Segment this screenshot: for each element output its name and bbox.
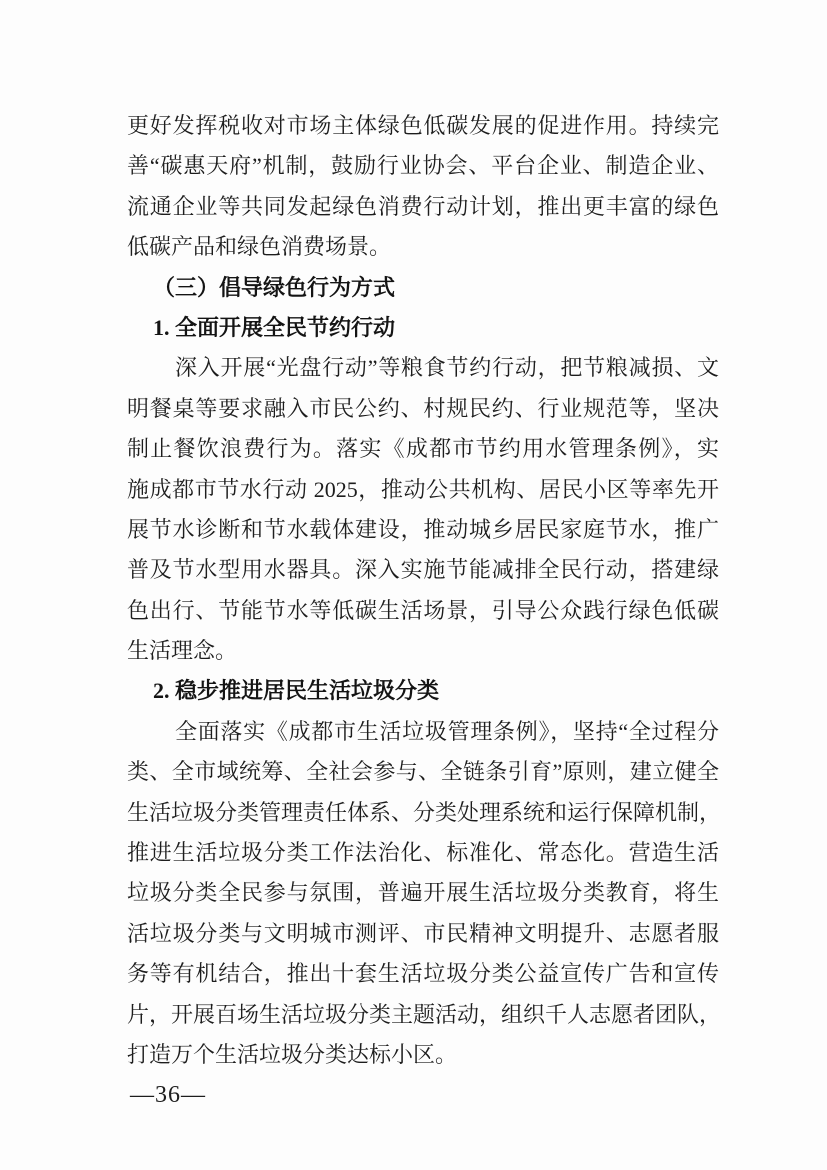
paragraph-line: 垃圾分类全民参与氛围，普遍开展生活垃圾分类教育，将生: [127, 873, 719, 913]
paragraph-line: 生活理念。: [127, 631, 719, 671]
paragraph-line: 推进生活垃圾分类工作法治化、标准化、常态化。营造生活: [127, 833, 719, 873]
paragraph-line: 更好发挥税收对市场主体绿色低碳发展的促进作用。持续完: [127, 106, 719, 146]
paragraph-line: 明餐桌等要求融入市民公约、村规民约、行业规范等，坚决: [127, 389, 719, 429]
paragraph-line: 制止餐饮浪费行为。落实《成都市节约用水管理条例》，实: [127, 429, 719, 469]
document-body: 更好发挥税收对市场主体绿色低碳发展的促进作用。持续完善“碳惠天府”机制，鼓励行业…: [127, 106, 719, 1075]
heading-level2-line: 2. 稳步推进居民生活垃圾分类: [127, 671, 719, 711]
paragraph-line: 务等有机结合，推出十套生活垃圾分类公益宣传广告和宣传: [127, 954, 719, 994]
paragraph-line: 深入开展“光盘行动”等粮食节约行动，把节粮减损、文: [127, 348, 719, 388]
heading-level1-line: （三）倡导绿色行为方式: [127, 268, 719, 308]
paragraph-line: 流通企业等共同发起绿色消费行动计划，推出更丰富的绿色: [127, 187, 719, 227]
paragraph-line: 打造万个生活垃圾分类达标小区。: [127, 1035, 719, 1075]
heading-level2-line: 1. 全面开展全民节约行动: [127, 308, 719, 348]
paragraph-line: 施成都市节水行动 2025，推动公共机构、居民小区等率先开: [127, 470, 719, 510]
paragraph-line: 普及节水型用水器具。深入实施节能减排全民行动，搭建绿: [127, 550, 719, 590]
page-number: —36—: [130, 1080, 206, 1110]
paragraph-line: 色出行、节能节水等低碳生活场景，引导公众践行绿色低碳: [127, 591, 719, 631]
paragraph-line: 类、全市域统筹、全社会参与、全链条引育”原则，建立健全: [127, 752, 719, 792]
paragraph-line: 片，开展百场生活垃圾分类主题活动，组织千人志愿者团队，: [127, 995, 719, 1035]
paragraph-line: 生活垃圾分类管理责任体系、分类处理系统和运行保障机制，: [127, 793, 719, 833]
paragraph-line: 展节水诊断和节水载体建设，推动城乡居民家庭节水，推广: [127, 510, 719, 550]
paragraph-line: 善“碳惠天府”机制，鼓励行业协会、平台企业、制造企业、: [127, 146, 719, 186]
paragraph-line: 全面落实《成都市生活垃圾管理条例》，坚持“全过程分: [127, 712, 719, 752]
paragraph-line: 活垃圾分类与文明城市测评、市民精神文明提升、志愿者服: [127, 914, 719, 954]
document-page: 更好发挥税收对市场主体绿色低碳发展的促进作用。持续完善“碳惠天府”机制，鼓励行业…: [0, 0, 827, 1170]
paragraph-line: 低碳产品和绿色消费场景。: [127, 227, 719, 267]
